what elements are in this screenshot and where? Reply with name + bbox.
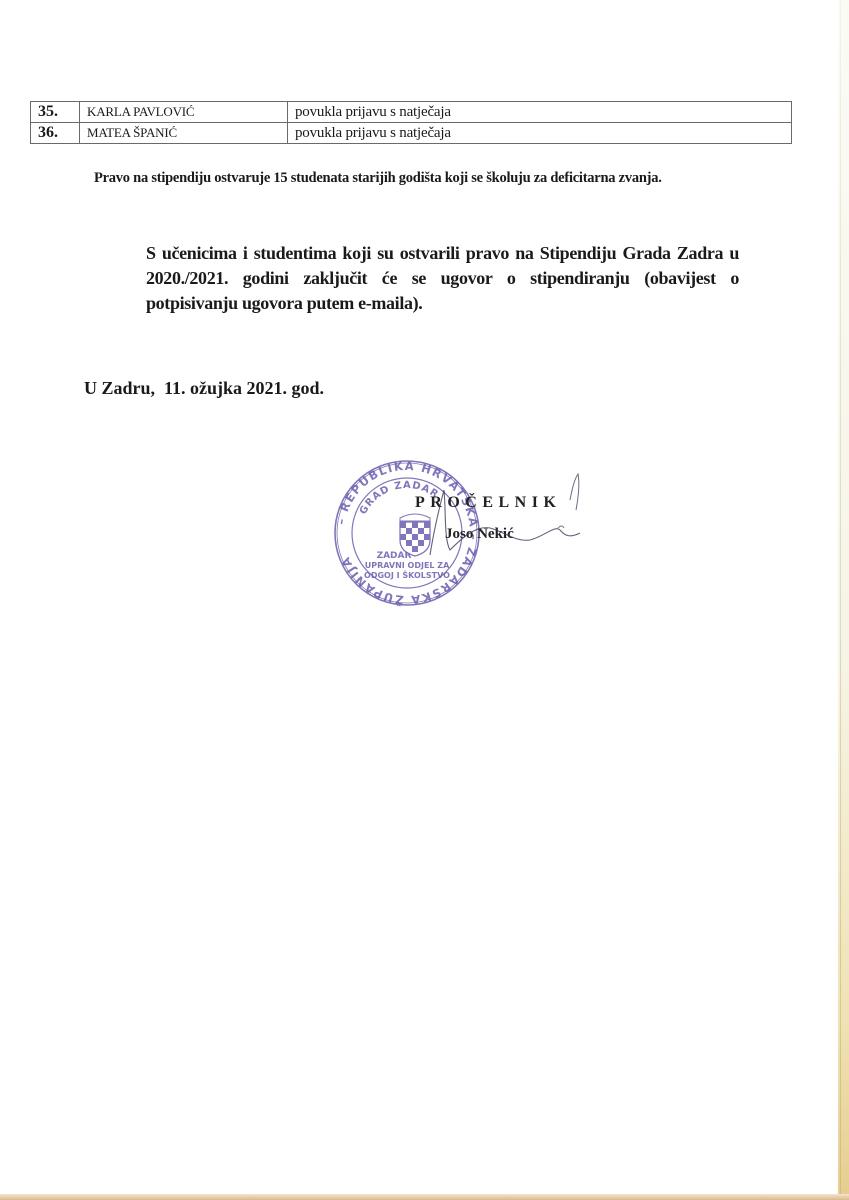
table-row: 35. KARLA PAVLOVIĆ povukla prijavu s nat…	[31, 102, 792, 123]
application-status: povukla prijavu s natječaja	[288, 123, 792, 144]
results-table: 35. KARLA PAVLOVIĆ povukla prijavu s nat…	[30, 101, 792, 144]
page-right-edge	[838, 0, 849, 1200]
student-name: MATEA ŠPANIĆ	[80, 123, 288, 144]
row-number: 36.	[31, 123, 80, 144]
handwritten-signature	[420, 470, 590, 580]
table-row: 36. MATEA ŠPANIĆ povukla prijavu s natje…	[31, 123, 792, 144]
row-number: 35.	[31, 102, 80, 123]
scholarship-note: Pravo na stipendiju ostvaruje 15 studena…	[94, 166, 774, 191]
page-bottom-edge	[0, 1194, 849, 1200]
student-name: KARLA PAVLOVIĆ	[80, 102, 288, 123]
application-status: povukla prijavu s natječaja	[288, 102, 792, 123]
contract-paragraph: S učenicima i studentima koji su ostvari…	[146, 241, 739, 316]
place-and-date: U Zadru, 11. ožujka 2021. god.	[84, 378, 324, 399]
